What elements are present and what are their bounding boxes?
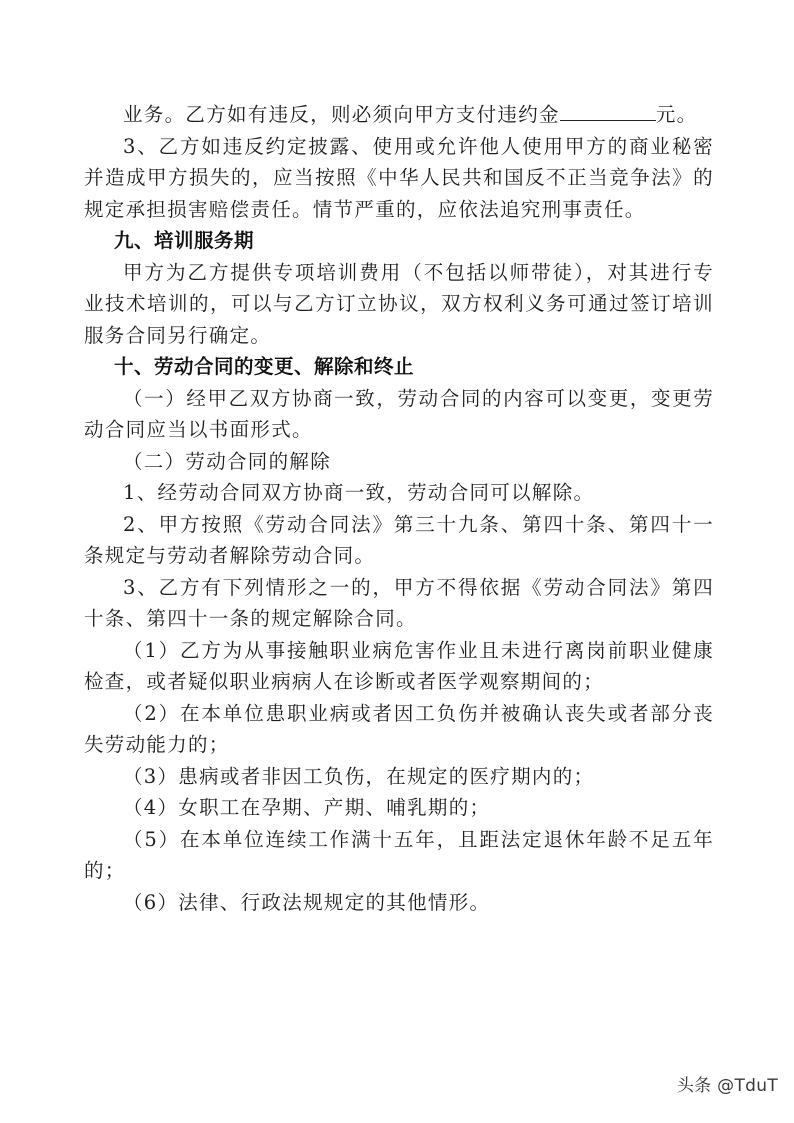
condition-2: （2）在本单位患职业病或者因工负伤并被确认丧失或者部分丧失劳动能力的； <box>84 698 714 761</box>
penalty-clause: 业务。乙方如有违反，则必须向甲方支付违约金元。 <box>84 99 714 131</box>
section-heading-contract-changes: 十、劳动合同的变更、解除和终止 <box>84 351 714 383</box>
subheading-termination: （二）劳动合同的解除 <box>84 446 714 478</box>
penalty-amount-blank <box>560 102 656 121</box>
termination-item-2: 2、甲方按照《劳动合同法》第三十九条、第四十条、第四十一条规定与劳动者解除劳动合… <box>84 509 714 572</box>
paragraph-text: 业务。乙方如有违反，则必须向甲方支付违约金 <box>123 103 560 126</box>
trade-secret-clause: 3、乙方如违反约定披露、使用或允许他人使用甲方的商业秘密并造成甲方损失的，应当按… <box>84 131 714 226</box>
condition-1: （1）乙方为从事接触职业病危害作业且未进行离岗前职业健康检查，或者疑似职业病病人… <box>84 635 714 698</box>
document-page: 业务。乙方如有违反，则必须向甲方支付违约金元。 3、乙方如违反约定披露、使用或允… <box>84 99 714 918</box>
training-clause: 甲方为乙方提供专项培训费用（不包括以师带徒），对其进行专业技术培训的，可以与乙方… <box>84 257 714 352</box>
condition-5: （5）在本单位连续工作满十五年，且距法定退休年龄不足五年的； <box>84 824 714 887</box>
termination-item-3: 3、乙方有下列情形之一的，甲方不得依据《劳动合同法》第四十条、第四十一条的规定解… <box>84 572 714 635</box>
watermark: 头条 @TduT <box>677 1071 778 1096</box>
section-heading-training: 九、培训服务期 <box>84 225 714 257</box>
paragraph-text: 元。 <box>656 103 698 126</box>
termination-item-1: 1、经劳动合同双方协商一致，劳动合同可以解除。 <box>84 477 714 509</box>
contract-change-clause: （一）经甲乙双方协商一致，劳动合同的内容可以变更，变更劳动合同应当以书面形式。 <box>84 383 714 446</box>
condition-6: （6）法律、行政法规规定的其他情形。 <box>84 887 714 919</box>
condition-3: （3）患病或者非因工负伤，在规定的医疗期内的； <box>84 761 714 793</box>
condition-4: （4）女职工在孕期、产期、哺乳期的； <box>84 792 714 824</box>
